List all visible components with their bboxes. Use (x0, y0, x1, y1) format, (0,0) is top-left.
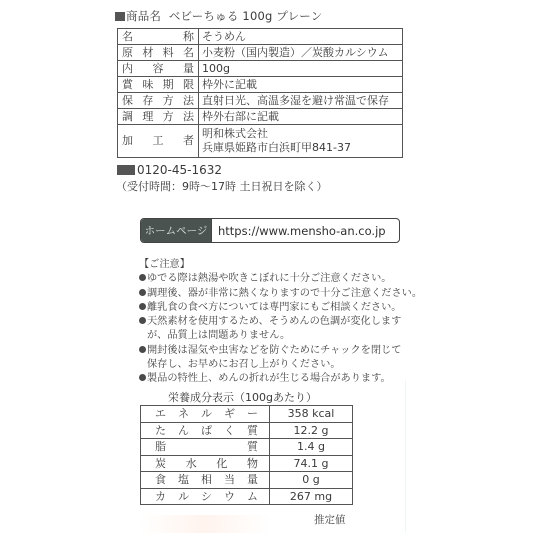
edge-shadow (405, 380, 406, 533)
nutrient-value: 267 mg (270, 488, 353, 505)
bullet-icon (139, 303, 146, 310)
nutrition-title: 栄養成分表示（100gあたり） (168, 389, 317, 405)
caution-item: 離乳食の食べ方については専門家にもご相談ください。 (139, 301, 422, 315)
spec-label: 名 称 (118, 29, 199, 45)
spec-value: 枠外右部に記載 (199, 109, 403, 125)
nutrient-label: エネルギー (141, 406, 270, 423)
nutrition-row: カルシウム 267 mg (141, 488, 353, 505)
bullet-icon (139, 374, 146, 381)
spec-row-cooking: 調理方法 枠外右部に記載 (118, 109, 403, 125)
bullet-icon (139, 346, 146, 353)
spec-row-manufacturer: 加工者 明和株式会社 兵庫県姫路市白浜町甲841-37 (118, 125, 403, 158)
nutrition-row: エネルギー 358 kcal (141, 406, 353, 423)
reception-hours: （受付時間：9時～17時 土日祝日を除く） (116, 178, 328, 194)
caution-item: 開封後は湿気や虫害などを防ぐためにチャックを閉じて (139, 344, 422, 358)
nutrition-row: 炭水化物 74.1 g (141, 455, 353, 472)
spec-row-ingredients: 原材料名 小麦粉（国内製造）／炭酸カルシウム (118, 45, 403, 61)
nutrient-value: 0 g (270, 472, 353, 489)
spec-value: そうめん (199, 29, 403, 45)
spec-label: 調理方法 (118, 109, 199, 125)
background-tint (140, 515, 270, 533)
homepage-url[interactable]: https://www.mensho-an.co.jp (211, 219, 399, 242)
bullet-icon (139, 274, 146, 281)
spec-label: 原材料名 (118, 45, 199, 61)
nutrient-value: 74.1 g (270, 455, 353, 472)
nutrition-row: たんぱく質 12.2 g (141, 422, 353, 439)
nutrient-label: 食塩相当量 (141, 472, 270, 489)
nutrient-label: 炭水化物 (141, 455, 270, 472)
spec-value: 小麦粉（国内製造）／炭酸カルシウム (199, 45, 403, 61)
estimate-note: 推定値 (314, 512, 346, 527)
product-title: 商品名 ベビーちゅる 100g プレーン (115, 8, 322, 24)
spec-value: 直射日光、高温多湿を避け常温で保存 (199, 93, 403, 109)
caution-item: ゆでる際は熱湯や吹きこぼれに十分ご注意ください。 (139, 272, 422, 286)
bullet-icon (139, 289, 146, 296)
free-dial-icon (117, 165, 135, 175)
nutrient-label: カルシウム (141, 488, 270, 505)
homepage-bar: ホームページ https://www.mensho-an.co.jp (140, 218, 400, 243)
caution-item-continued: 保存し、お早めにお召し上がりください。 (139, 358, 422, 372)
manufacturer-name: 明和株式会社 (202, 127, 399, 141)
caution-notes: 【ご注意】 ゆでる際は熱湯や吹きこぼれに十分ご注意ください。 調理後、器が非常に… (139, 258, 422, 387)
caution-header: 【ご注意】 (139, 258, 422, 272)
product-name: ベビーちゅる 100g プレーン (169, 9, 323, 23)
nutrient-value: 1.4 g (270, 439, 353, 456)
spec-value: 明和株式会社 兵庫県姫路市白浜町甲841-37 (199, 125, 403, 158)
phone-number: 0120-45-1632 (117, 163, 222, 177)
bullet-icon (139, 317, 146, 324)
phone-text: 0120-45-1632 (137, 163, 222, 177)
product-name-label: 商品名 (126, 9, 161, 23)
caution-item-continued: が、品質上は問題ありません。 (139, 329, 422, 343)
nutrient-value: 358 kcal (270, 406, 353, 423)
nutrition-row: 脂 質 1.4 g (141, 439, 353, 456)
spec-label: 加工者 (118, 125, 199, 158)
homepage-label: ホームページ (141, 219, 211, 242)
spec-value: 枠外に記載 (199, 77, 403, 93)
nutrient-label: 脂 質 (141, 439, 270, 456)
caution-item: 製品の特性上、めんの折れが生じる場合があります。 (139, 372, 422, 386)
nutrient-value: 12.2 g (270, 422, 353, 439)
spec-row-storage: 保存方法 直射日光、高温多湿を避け常温で保存 (118, 93, 403, 109)
spec-label: 内容量 (118, 61, 199, 77)
spec-label: 賞味期限 (118, 77, 199, 93)
nutrition-table: エネルギー 358 kcal たんぱく質 12.2 g 脂 質 1.4 g 炭水… (140, 405, 353, 505)
spec-row-best-before: 賞味期限 枠外に記載 (118, 77, 403, 93)
nutrient-label: たんぱく質 (141, 422, 270, 439)
spec-value: 100g (199, 61, 403, 77)
square-bullet-icon (115, 12, 125, 21)
spec-label: 保存方法 (118, 93, 199, 109)
spec-row-name: 名 称 そうめん (118, 29, 403, 45)
spec-row-contents: 内容量 100g (118, 61, 403, 77)
spec-table: 名 称 そうめん 原材料名 小麦粉（国内製造）／炭酸カルシウム 内容量 100g… (117, 28, 403, 158)
nutrition-row: 食塩相当量 0 g (141, 472, 353, 489)
product-label: 商品名 ベビーちゅる 100g プレーン 名 称 そうめん 原材料名 小麦粉（国… (0, 0, 533, 533)
caution-item: 調理後、器が非常に熱くなりますので十分ご注意ください。 (139, 287, 422, 301)
caution-item: 天然素材を使用するため、そうめんの色調が変化します (139, 315, 422, 329)
manufacturer-address: 兵庫県姫路市白浜町甲841-37 (202, 141, 399, 155)
